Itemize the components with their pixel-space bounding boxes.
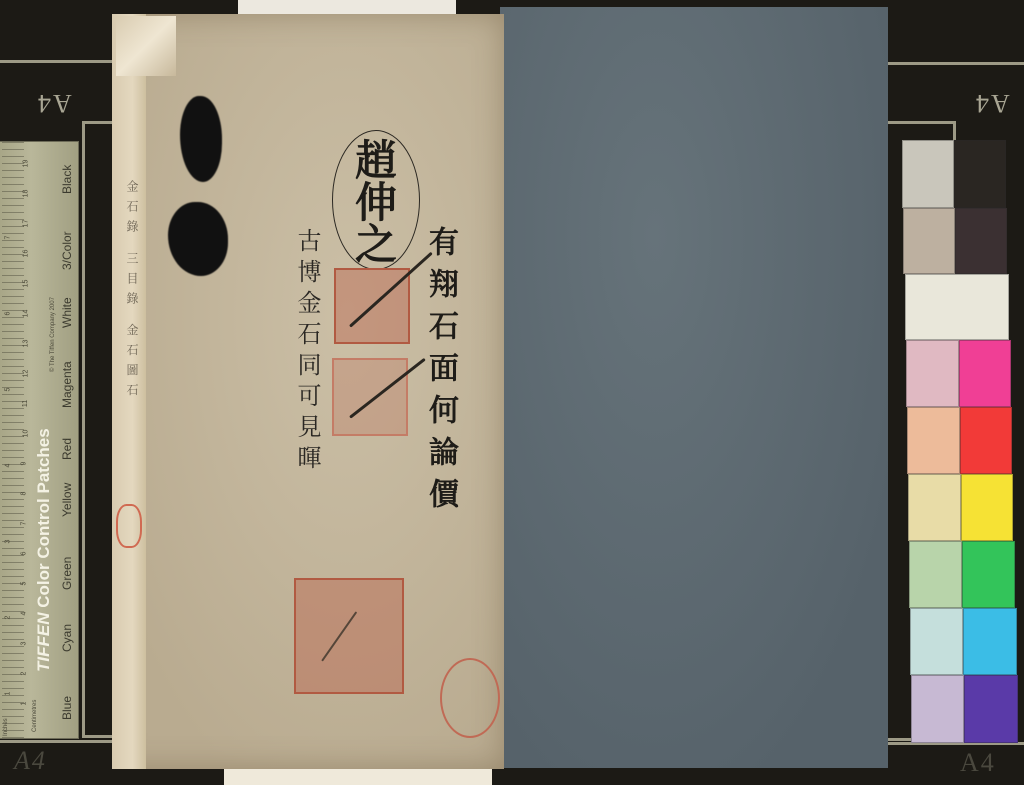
ruler-units-cm: Centimetres	[32, 700, 38, 732]
manuscript-torn-corner	[116, 16, 176, 76]
patch-warm-grey	[903, 208, 955, 274]
patch-light-yellow	[908, 474, 961, 541]
oval-title-text: 趙伸之	[344, 138, 402, 264]
right-column-text: 有翔石面何論價	[420, 226, 460, 520]
patch-yellow	[961, 474, 1013, 541]
square-seal-2	[332, 358, 408, 436]
color-control-strip	[902, 140, 1020, 744]
patch-light-green	[909, 541, 962, 608]
patch-cyan	[963, 608, 1017, 675]
ruler-label-red: Red	[60, 438, 74, 460]
cm-mark: 13	[22, 340, 29, 348]
ruler-label-3color: 3/Color	[60, 231, 74, 270]
cm-mark: 4	[20, 612, 27, 616]
spine-small-seal	[116, 504, 142, 548]
cm-mark: 10	[22, 430, 29, 438]
patch-dark-brown	[955, 208, 1007, 274]
patch-light-cyan	[910, 608, 963, 675]
patch-green	[962, 541, 1015, 608]
ruler-label-magenta: Magenta	[60, 361, 74, 408]
tiffen-ruler: TIFFEN Color Control Patches © The Tiffe…	[0, 142, 78, 738]
inch-mark: 5	[4, 388, 11, 392]
ruler-label-white: White	[60, 297, 74, 328]
inch-mark: 6	[4, 312, 11, 316]
patch-white	[905, 274, 1009, 340]
ruler-label-yellow: Yellow	[60, 483, 74, 517]
ruler-label-blue: Blue	[60, 696, 74, 720]
tiffen-logo: TIFFEN	[34, 613, 53, 673]
cm-mark: 19	[22, 160, 29, 168]
patch-red	[960, 407, 1012, 474]
ruler-ticks	[2, 142, 24, 738]
a4-marker-bottom-left: A4	[14, 746, 47, 776]
inch-mark: 1	[4, 692, 11, 696]
ruler-units-inches: Inches	[3, 718, 9, 736]
patch-light-magenta	[906, 340, 959, 407]
cm-mark: 6	[20, 552, 27, 556]
ruler-brand-title: TIFFEN Color Control Patches	[34, 428, 54, 672]
cm-mark: 8	[20, 492, 27, 496]
a4-marker-top-right: A4	[974, 88, 1010, 118]
left-column-text: 古博金石同可見暉	[290, 228, 324, 476]
cm-mark: 14	[22, 310, 29, 318]
square-seal-large	[294, 578, 404, 694]
cm-mark: 16	[22, 250, 29, 258]
patch-magenta	[959, 340, 1011, 407]
round-seal	[440, 658, 500, 738]
ink-blot-upper	[180, 96, 222, 182]
ruler-title: Color Control Patches	[34, 428, 53, 607]
cm-mark: 2	[20, 672, 27, 676]
cm-mark: 11	[22, 400, 29, 407]
patch-light-red	[907, 407, 960, 474]
patch-black	[954, 140, 1006, 208]
cm-mark: 7	[20, 522, 27, 526]
cm-mark: 3	[20, 642, 27, 646]
blue-cover-sheet	[500, 7, 888, 768]
inch-mark: 7	[4, 236, 11, 240]
a4-marker-top-left: A4	[36, 88, 72, 118]
ruler-copyright: © The Tiffen Company 2007	[50, 297, 56, 372]
patch-blue	[964, 675, 1018, 743]
ruler-label-green: Green	[60, 557, 74, 590]
cm-mark: 17	[22, 220, 29, 228]
cm-mark: 15	[22, 280, 29, 288]
inch-mark: 2	[4, 616, 11, 620]
cm-mark: 5	[20, 582, 27, 586]
cm-mark: 1	[20, 702, 27, 706]
inch-mark: 4	[4, 464, 11, 468]
inch-mark: 3	[4, 540, 11, 544]
patch-light-blue	[911, 675, 964, 743]
cm-mark: 18	[22, 190, 29, 198]
cm-mark: 12	[22, 370, 29, 378]
a4-marker-bottom-right: A4	[960, 748, 996, 778]
cm-mark: 9	[20, 462, 27, 466]
spine-annotation: 金石錄 三目錄 金石圖石	[124, 180, 141, 404]
ruler-label-cyan: Cyan	[60, 624, 74, 652]
ruler-label-black: Black	[60, 165, 74, 194]
patch-light-grey	[902, 140, 954, 208]
